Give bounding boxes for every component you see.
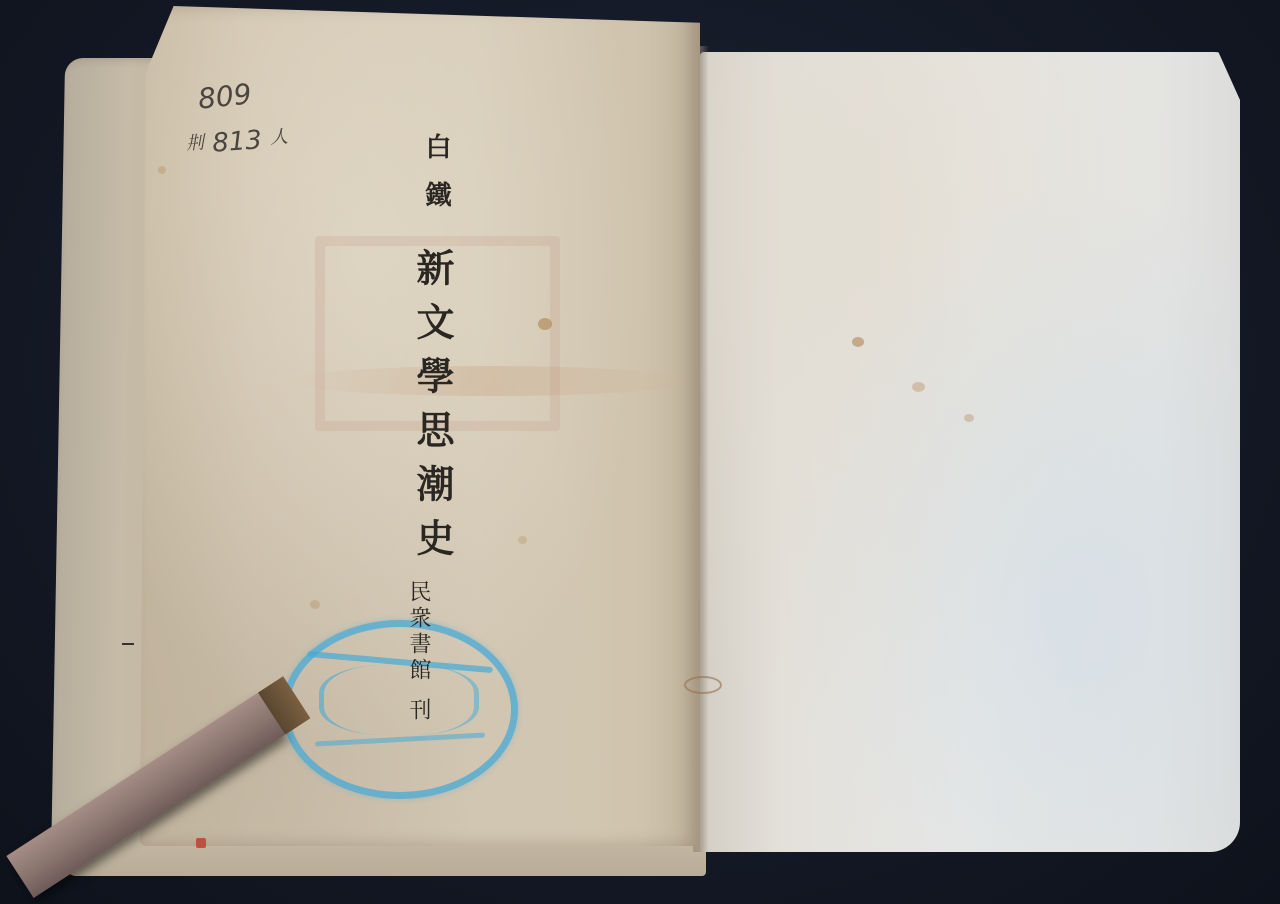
- foxing-spot: [964, 414, 974, 422]
- blue-stamp-icon: [282, 620, 518, 799]
- publisher-suffix: 刊: [406, 698, 431, 724]
- handwritten-suffix: 人: [269, 126, 288, 148]
- foxing-spot: [310, 600, 320, 609]
- handwritten-catalog-number: 809: [196, 77, 253, 115]
- publisher-name: 民衆書館: [406, 580, 431, 684]
- book-title: 新文學思潮史: [405, 248, 460, 572]
- handwritten-number: 813: [211, 125, 263, 158]
- author-name: 白鐵: [418, 133, 455, 229]
- pencil-tick: [122, 643, 134, 645]
- foxing-spot: [538, 318, 552, 330]
- foxing-spot: [518, 536, 527, 544]
- red-ink-mark: [196, 838, 206, 848]
- publisher-line: 民衆書館刊: [403, 580, 434, 724]
- binding-hole: [684, 676, 722, 694]
- right-blank-page: [700, 52, 1240, 852]
- foxing-spot: [158, 166, 166, 174]
- stamp-inner-ring: [319, 665, 479, 735]
- foxing-spot: [912, 382, 925, 392]
- foxing-spot: [852, 337, 864, 347]
- water-stain: [290, 366, 690, 396]
- handwritten-prefix: 㓝: [185, 132, 204, 154]
